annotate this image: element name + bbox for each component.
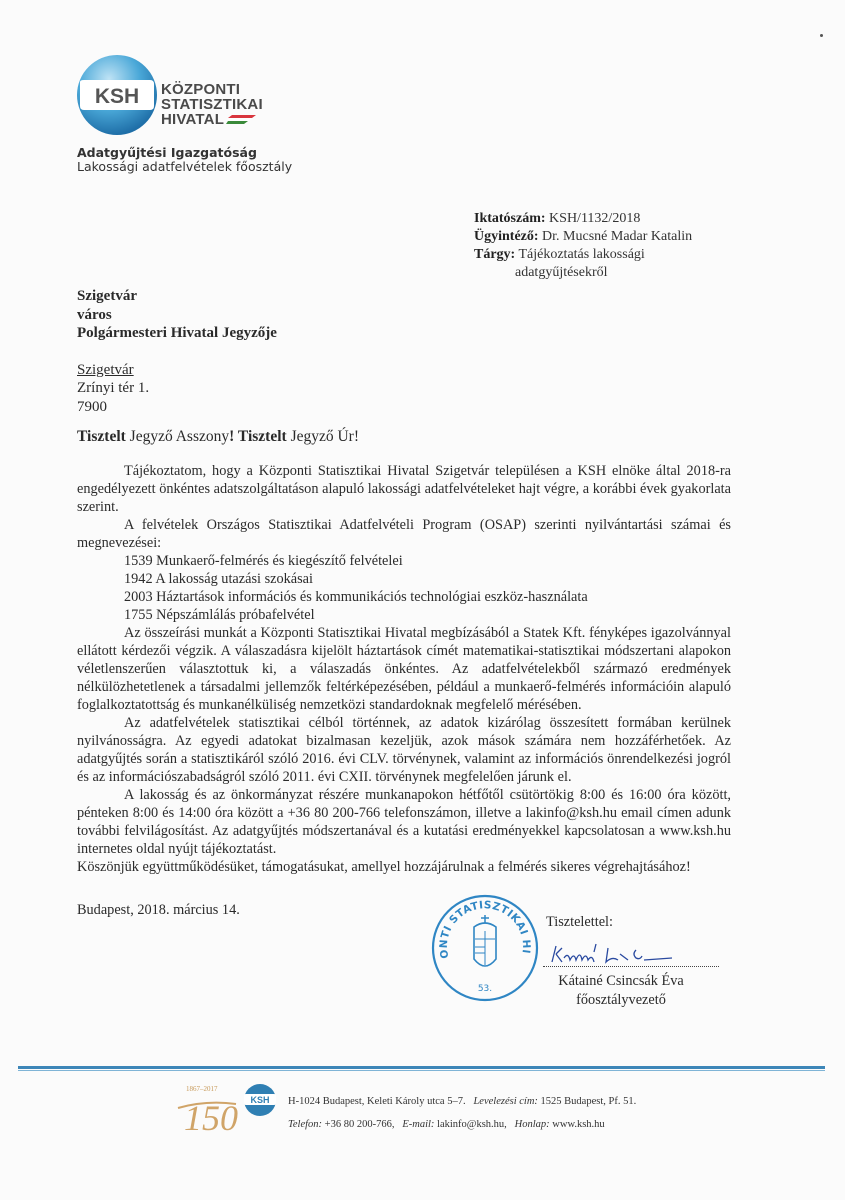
footer-phone-label: Telefon: — [288, 1119, 322, 1130]
logo-wordmark: KÖZPONTI STATISZTIKAI HIVATAL — [161, 82, 263, 127]
footer-web-label: Honlap: — [515, 1119, 550, 1130]
footer-email[interactable]: lakinfo@ksh.hu, — [437, 1119, 507, 1130]
svg-text:KÖZPONTI STATISZTIKAI HIVATAL: KÖZPONTI STATISZTIKAI HIVATAL — [430, 893, 532, 959]
svg-text:KSH: KSH — [250, 1095, 269, 1105]
footer-postal-label: Levelezési cím: — [473, 1096, 537, 1107]
salutation-bold: Tisztelt — [234, 428, 286, 445]
closing-regards: Tisztelettel: — [546, 914, 613, 931]
recipient-street: Zrínyi tér 1. — [77, 379, 277, 398]
paragraph: Tájékoztatom, hogy a Központi Statisztik… — [77, 462, 731, 516]
recipient-postcode: 7900 — [77, 398, 277, 417]
letter-body: Tájékoztatom, hogy a Központi Statisztik… — [77, 462, 731, 876]
svg-text:KSH: KSH — [95, 85, 139, 108]
paragraph: A lakosság és az önkormányzat részére mu… — [77, 786, 731, 858]
department: Lakossági adatfelvételek főosztály — [77, 160, 292, 174]
subject-label: Tárgy: — [474, 247, 515, 262]
salutation-text: Jegyző Asszony — [126, 428, 229, 445]
survey-item: 2003 Háztartások információs és kommunik… — [77, 588, 731, 606]
scan-speck — [820, 34, 823, 37]
handler: Dr. Mucsné Madar Katalin — [542, 229, 692, 244]
survey-item: 1539 Munkaerő-felmérés és kiegészítő fel… — [77, 552, 731, 570]
paragraph: Az adatfelvételek statisztikai célból tö… — [77, 714, 731, 786]
paragraph: A felvételek Országos Statisztikai Adatf… — [77, 516, 731, 552]
letter-date: Budapest, 2018. március 14. — [77, 902, 240, 919]
anniversary-logo-icon: 1867–2017 150 KSH — [176, 1078, 276, 1142]
signature-icon — [548, 940, 698, 968]
signer-block: Kátainé Csincsák Éva főosztályvezető — [546, 972, 696, 1010]
flag-stripes-icon — [226, 115, 256, 124]
logo-line: HIVATAL — [161, 112, 224, 127]
paragraph: Köszönjük együttműködésüket, támogatásuk… — [77, 858, 731, 876]
salutation-bold: Tisztelt — [77, 428, 126, 445]
subject: Tájékoztatás lakossági — [518, 247, 644, 262]
footer-email-label: E-mail: — [402, 1119, 434, 1130]
ksh-logo-icon: KSH — [76, 54, 158, 136]
directorate: Adatgyűjtési Igazgatóság — [77, 146, 292, 160]
recipient-address: Szigetvár város Polgármesteri Hivatal Je… — [77, 287, 277, 416]
logo-line: KÖZPONTI — [161, 82, 263, 97]
reference-block: Iktatószám: KSH/1132/2018 Ügyintéző: Dr.… — [474, 210, 692, 282]
survey-item: 1755 Népszámlálás próbafelvétel — [77, 606, 731, 624]
footer-postal: 1525 Budapest, Pf. 51. — [541, 1096, 637, 1107]
subject-cont: adatgyűjtésekről — [474, 264, 692, 282]
paragraph: Az összeírási munkát a Központi Statiszt… — [77, 624, 731, 714]
svg-text:1867–2017: 1867–2017 — [186, 1085, 218, 1093]
recipient-line: Szigetvár — [77, 287, 277, 306]
footer-address: H-1024 Budapest, Keleti Károly utca 5–7. — [288, 1096, 466, 1107]
footer-contact: H-1024 Budapest, Keleti Károly utca 5–7.… — [288, 1090, 636, 1136]
recipient-line: város — [77, 306, 277, 325]
signature-line — [543, 966, 719, 967]
logo-line: STATISZTIKAI — [161, 97, 263, 112]
recipient-city: Szigetvár — [77, 361, 277, 380]
signer-name: Kátainé Csincsák Éva — [546, 972, 696, 991]
footer-divider — [18, 1070, 825, 1071]
survey-item: 1942 A lakosság utazási szokásai — [77, 570, 731, 588]
footer-divider — [18, 1066, 825, 1069]
salutation-text: Jegyző Úr! — [287, 428, 359, 445]
svg-text:53.: 53. — [478, 984, 492, 994]
department-heading: Adatgyűjtési Igazgatóság Lakossági adatf… — [77, 146, 292, 174]
signer-title: főosztályvezető — [546, 991, 696, 1010]
footer-web[interactable]: www.ksh.hu — [552, 1119, 604, 1130]
ref-number: KSH/1132/2018 — [549, 211, 640, 226]
ref-number-label: Iktatószám: — [474, 211, 546, 226]
footer-phone: +36 80 200-766, — [325, 1119, 395, 1130]
official-stamp-icon: KÖZPONTI STATISZTIKAI HIVATAL 53. — [430, 893, 540, 1003]
handler-label: Ügyintéző: — [474, 229, 539, 244]
salutation: Tisztelt Jegyző Asszony! Tisztelt Jegyző… — [77, 428, 359, 446]
recipient-line: Polgármesteri Hivatal Jegyzője — [77, 324, 277, 343]
